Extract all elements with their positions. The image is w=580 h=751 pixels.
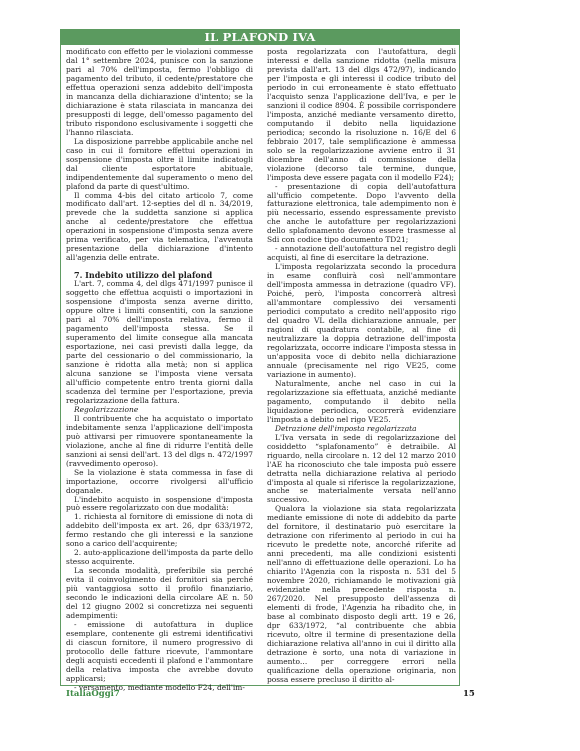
list-item: 1. richiesta al fornitore di emissione d… <box>66 513 253 549</box>
paragraph: Se la violazione è stata commessa in fas… <box>66 469 253 496</box>
list-item: 2. auto-applicazione dell'imposta da par… <box>66 549 253 567</box>
paragraph: L'Iva versata in sede di regolarizzazion… <box>267 434 456 506</box>
paragraph: Il comma 4-bis del citato articolo 7, co… <box>66 192 253 264</box>
list-item: - annotazione dell'autofattura nel regis… <box>267 245 456 263</box>
paragraph: posta regolarizzata con l'autofattura, d… <box>267 48 456 183</box>
list-item: - emissione di autofattura in duplice es… <box>66 621 253 684</box>
paragraph: L'imposta regolarizzata secondo la proce… <box>267 263 456 380</box>
paragraph: L'art. 7, comma 4, del dlgs 471/1997 pun… <box>66 280 253 406</box>
paragraph: Il contribuente che ha acquistato o impo… <box>66 415 253 469</box>
paragraph: La disposizione parrebbe applicabile anc… <box>66 138 253 192</box>
section-header: IL PLAFOND IVA <box>60 29 460 45</box>
list-item: - presentazione di copia dell'autofattur… <box>267 183 456 246</box>
paragraph: Naturalmente, anche nel caso in cui la r… <box>267 380 456 425</box>
page-number: 15 <box>463 689 475 699</box>
right-column: posta regolarizzata con l'autofattura, d… <box>267 48 456 685</box>
left-column: modificato con effetto per le violazioni… <box>66 48 253 693</box>
paragraph: L'indebito acquisto in sospensione d'imp… <box>66 496 253 514</box>
paragraph: modificato con effetto per le violazioni… <box>66 48 253 138</box>
paragraph: Qualora la violazione sia stata regolari… <box>267 505 456 684</box>
publication-logo: ItaliaOggi7 <box>66 689 120 699</box>
paragraph: La seconda modalità, preferibile sia per… <box>66 567 253 621</box>
